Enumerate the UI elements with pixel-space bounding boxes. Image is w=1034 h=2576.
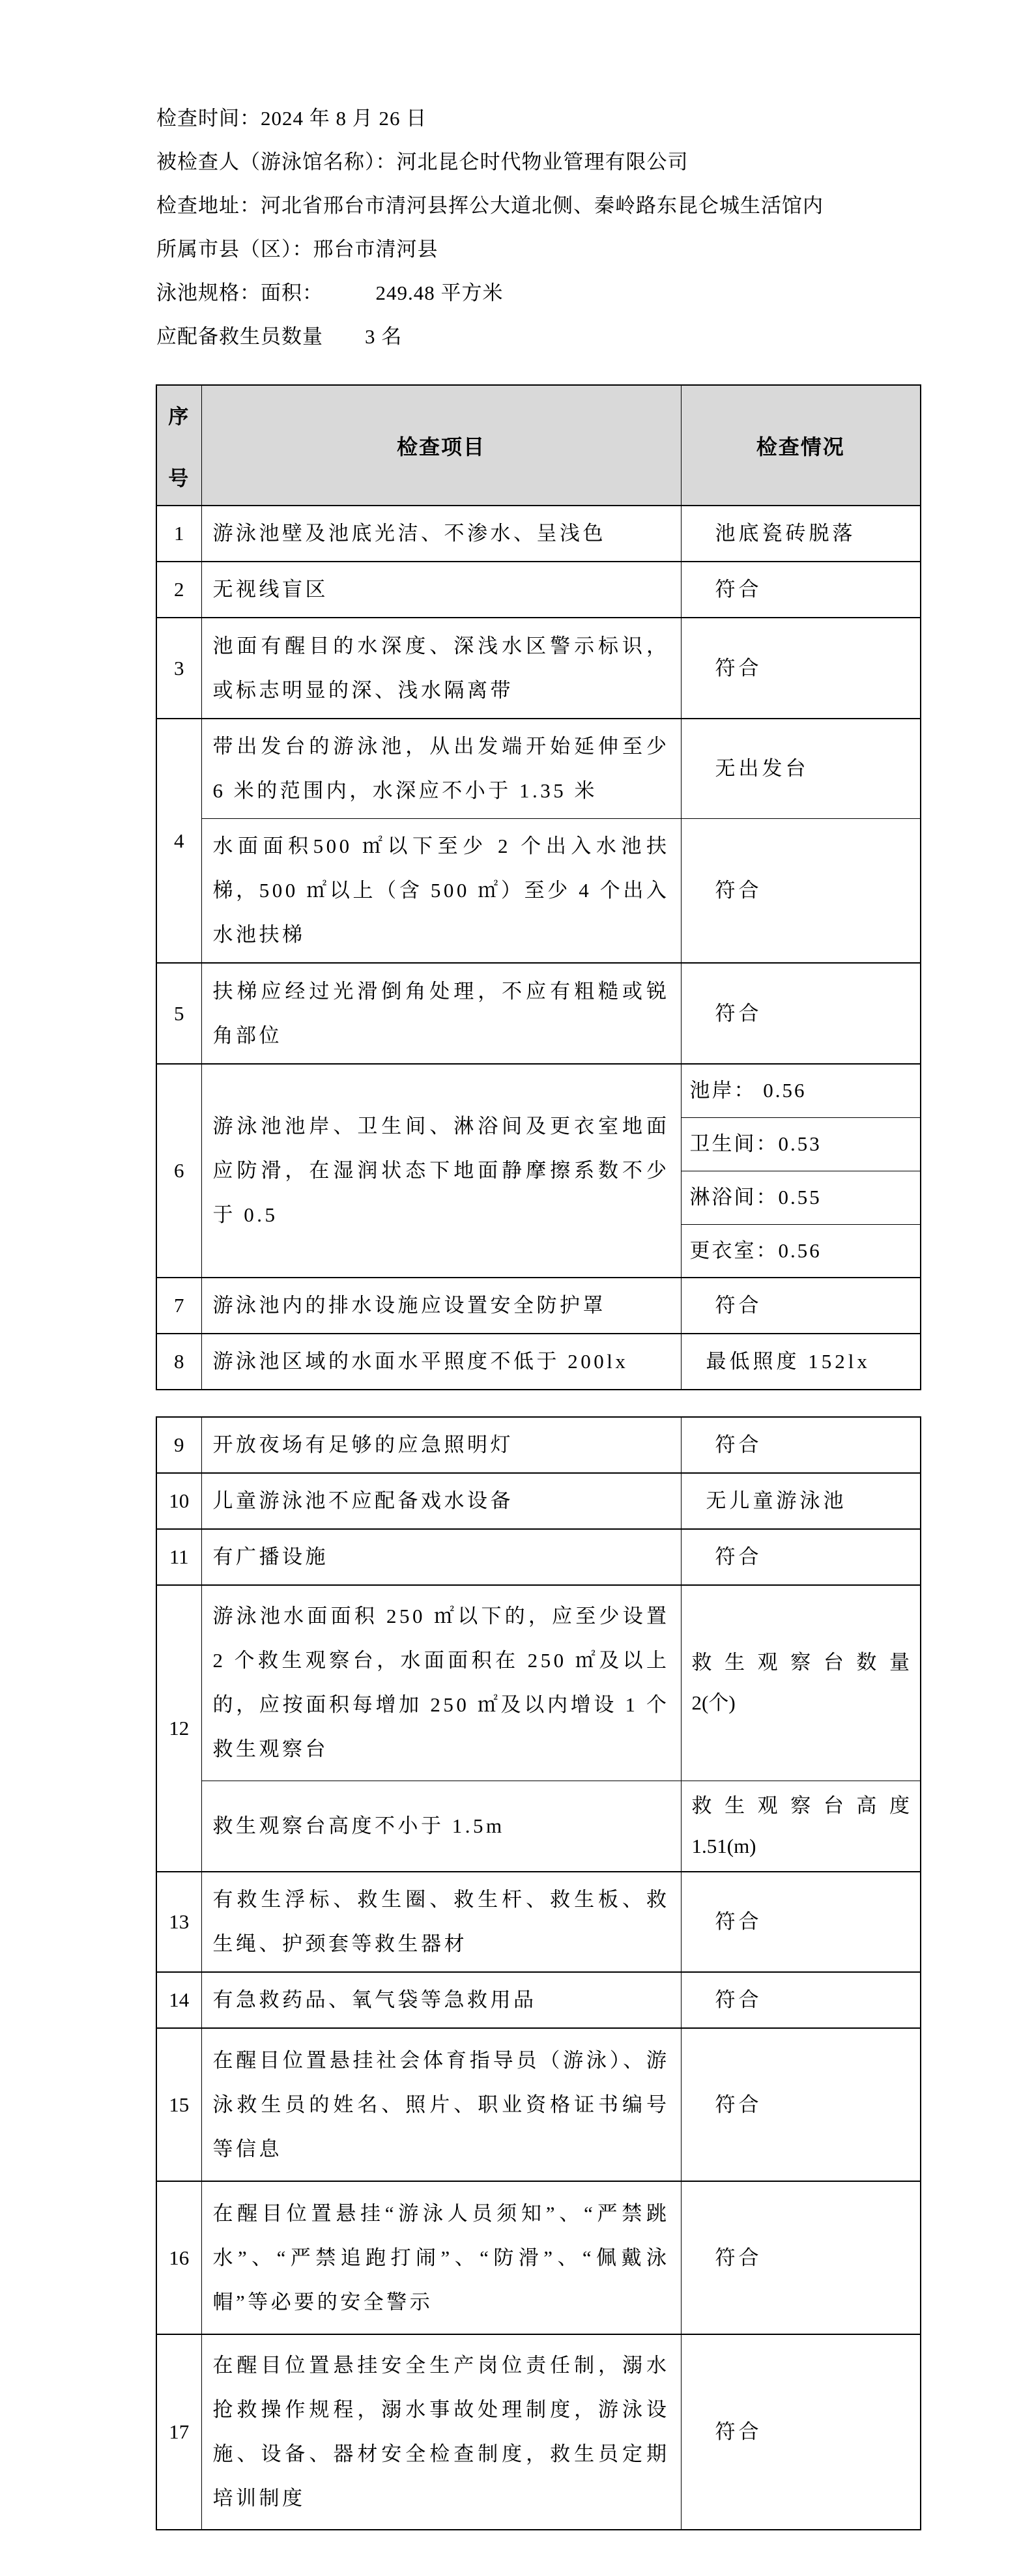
info-line-city-county: 所属市县（区）：邢台市清河县 bbox=[156, 227, 925, 271]
row-number: 15 bbox=[156, 2028, 201, 2181]
row-number: 6 bbox=[156, 1064, 201, 1278]
seq-header-char-bottom: 号 bbox=[168, 462, 190, 491]
row-number: 4 bbox=[156, 719, 201, 963]
row-number: 3 bbox=[156, 618, 201, 719]
table-row-1: 1 游泳池壁及池底光洁、不渗水、呈浅色 池底瓷砖脱落 bbox=[156, 506, 921, 562]
friction-value-poolside: 池岸： 0.56 bbox=[681, 1064, 921, 1117]
column-header-status: 检查情况 bbox=[681, 385, 921, 506]
check-status-text: 符合 bbox=[681, 562, 921, 618]
table-row-4a: 4 带出发台的游泳池，从出发端开始延伸至少 6 米的范围内，水深应不小于 1.3… bbox=[156, 719, 921, 819]
check-status-text: 符合 bbox=[681, 963, 921, 1064]
check-item-text: 无视线盲区 bbox=[213, 567, 670, 612]
check-item-text: 有广播设施 bbox=[213, 1535, 670, 1579]
table-row-10: 10 儿童游泳池不应配备戏水设备 无儿童游泳池 bbox=[156, 1473, 921, 1529]
inspection-report-page: 检查时间：2024 年 8 月 26 日 被检查人（游泳馆名称）：河北昆仑时代物… bbox=[0, 0, 1034, 2576]
row-number: 14 bbox=[156, 1972, 201, 2028]
row-number: 11 bbox=[156, 1529, 201, 1585]
check-status-text: 符合 bbox=[681, 618, 921, 719]
rescue-platform-height-value: 1.51(m) bbox=[692, 1826, 910, 1867]
rescue-platform-count-value: 2(个) bbox=[692, 1683, 910, 1723]
friction-value-toilet: 卫生间：0.53 bbox=[681, 1117, 921, 1171]
check-status-text: 无出发台 bbox=[681, 719, 921, 819]
check-status-text: 符合 bbox=[681, 1529, 921, 1585]
table-row-5: 5 扶梯应经过光滑倒角处理，不应有粗糙或锐角部位 符合 bbox=[156, 963, 921, 1064]
check-item-text: 在醒目位置悬挂社会体育指导员（游泳）、游泳救生员的姓名、照片、职业资格证书编号等… bbox=[213, 2039, 670, 2171]
info-line-pool-size: 泳池规格：面积： 249.48 平方米 bbox=[156, 271, 925, 315]
seq-header-stack: 序 号 bbox=[157, 400, 201, 491]
check-item-text: 池面有醒目的水深度、深浅水区警示标识，或标志明显的深、浅水隔离带 bbox=[213, 624, 670, 713]
check-status-text: 符合 bbox=[681, 819, 921, 964]
row-number: 10 bbox=[156, 1473, 201, 1529]
info-line-inspected-entity: 被检查人（游泳馆名称）：河北昆仑时代物业管理有限公司 bbox=[156, 140, 925, 184]
table-row-11: 11 有广播设施 符合 bbox=[156, 1529, 921, 1585]
table-row-15: 15 在醒目位置悬挂社会体育指导员（游泳）、游泳救生员的姓名、照片、职业资格证书… bbox=[156, 2028, 921, 2181]
table-row-8: 8 游泳池区域的水面水平照度不低于 200lx 最低照度 152lx bbox=[156, 1334, 921, 1390]
check-status-text: 符合 bbox=[681, 1872, 921, 1972]
check-status-text: 最低照度 152lx bbox=[681, 1334, 921, 1390]
row-number: 2 bbox=[156, 562, 201, 618]
check-status-text: 符合 bbox=[681, 2334, 921, 2530]
table-row-9: 9 开放夜场有足够的应急照明灯 符合 bbox=[156, 1417, 921, 1473]
row-number: 5 bbox=[156, 963, 201, 1064]
table-row-13: 13 有救生浮标、救生圈、救生杆、救生板、救生绳、护颈套等救生器材 符合 bbox=[156, 1872, 921, 1972]
row-number: 7 bbox=[156, 1278, 201, 1334]
check-item-text: 在醒目位置悬挂安全生产岗位责任制，溺水抢救操作规程，溺水事故处理制度，游泳设施、… bbox=[213, 2343, 670, 2521]
column-header-item: 检查项目 bbox=[201, 385, 681, 506]
check-item-text: 有救生浮标、救生圈、救生杆、救生板、救生绳、护颈套等救生器材 bbox=[213, 1878, 670, 1966]
check-item-text: 儿童游泳池不应配备戏水设备 bbox=[213, 1479, 670, 1523]
check-item-text: 游泳池内的排水设施应设置安全防护罩 bbox=[213, 1283, 670, 1328]
table-row-3: 3 池面有醒目的水深度、深浅水区警示标识，或标志明显的深、浅水隔离带 符合 bbox=[156, 618, 921, 719]
check-status-text: 符合 bbox=[681, 2181, 921, 2334]
table-page-gap bbox=[0, 1390, 1034, 1416]
row-number: 16 bbox=[156, 2181, 201, 2334]
report-header-info: 检查时间：2024 年 8 月 26 日 被检查人（游泳馆名称）：河北昆仑时代物… bbox=[156, 0, 925, 358]
info-line-check-time: 检查时间：2024 年 8 月 26 日 bbox=[156, 96, 925, 140]
table-row-4b: 水面面积500 ㎡以下至少 2 个出入水池扶梯，500 ㎡以上（含 500 ㎡）… bbox=[156, 819, 921, 964]
check-item-text: 游泳池池岸、卫生间、淋浴间及更衣室地面应防滑，在湿润状态下地面静摩擦系数不少于 … bbox=[213, 1104, 670, 1237]
seq-header-char-top: 序 bbox=[168, 400, 190, 429]
check-item-text: 有急救药品、氧气袋等急救用品 bbox=[213, 1978, 670, 2022]
table-row-12b: 救生观察台高度不小于 1.5m 救生观察台高度 1.51(m) bbox=[156, 1781, 921, 1872]
table-row-16: 16 在醒目位置悬挂“游泳人员须知”、“严禁跳水”、“严禁追跑打闹”、“防滑”、… bbox=[156, 2181, 921, 2334]
table-row-2: 2 无视线盲区 符合 bbox=[156, 562, 921, 618]
check-item-text: 游泳池壁及池底光洁、不渗水、呈浅色 bbox=[213, 511, 670, 556]
table-row-12a: 12 游泳池水面面积 250 ㎡以下的，应至少设置 2 个救生观察台，水面面积在… bbox=[156, 1585, 921, 1781]
inspection-table-part2: 9 开放夜场有足够的应急照明灯 符合 10 儿童游泳池不应配备戏水设备 无儿童游… bbox=[156, 1416, 921, 2530]
check-status-text: 符合 bbox=[681, 1417, 921, 1473]
rescue-platform-count-label: 救生观察台数量 bbox=[692, 1642, 910, 1683]
check-item-text: 扶梯应经过光滑倒角处理，不应有粗糙或锐角部位 bbox=[213, 969, 670, 1058]
check-item-text: 水面面积500 ㎡以下至少 2 个出入水池扶梯，500 ㎡以上（含 500 ㎡）… bbox=[213, 824, 670, 957]
check-status-text: 无儿童游泳池 bbox=[681, 1473, 921, 1529]
row-number: 17 bbox=[156, 2334, 201, 2530]
check-status-text: 符合 bbox=[681, 2028, 921, 2181]
check-item-text: 带出发台的游泳池，从出发端开始延伸至少 6 米的范围内，水深应不小于 1.35 … bbox=[213, 724, 670, 813]
friction-value-shower: 淋浴间：0.55 bbox=[681, 1171, 921, 1224]
row-number: 9 bbox=[156, 1417, 201, 1473]
table-row-14: 14 有急救药品、氧气袋等急救用品 符合 bbox=[156, 1972, 921, 2028]
table-header-row: 序 号 检查项目 检查情况 bbox=[156, 385, 921, 506]
check-status-text: 符合 bbox=[681, 1278, 921, 1334]
row-number: 12 bbox=[156, 1585, 201, 1872]
check-item-text: 救生观察台高度不小于 1.5m bbox=[213, 1804, 670, 1848]
check-item-text: 游泳池区域的水面水平照度不低于 200lx bbox=[213, 1339, 670, 1384]
row-number: 8 bbox=[156, 1334, 201, 1390]
inspection-table-part1: 序 号 检查项目 检查情况 1 游泳池壁及池底光洁、不渗水、呈浅色 池底瓷砖脱落… bbox=[156, 384, 921, 1390]
check-status-text: 符合 bbox=[681, 1972, 921, 2028]
check-item-text: 在醒目位置悬挂“游泳人员须知”、“严禁跳水”、“严禁追跑打闹”、“防滑”、“佩戴… bbox=[213, 2192, 670, 2325]
check-status-text: 池底瓷砖脱落 bbox=[681, 506, 921, 562]
info-line-check-address: 检查地址：河北省邢台市清河县挥公大道北侧、秦岭路东昆仑城生活馆内 bbox=[156, 184, 925, 227]
row-number: 13 bbox=[156, 1872, 201, 1972]
table-row-6: 6 游泳池池岸、卫生间、淋浴间及更衣室地面应防滑，在湿润状态下地面静摩擦系数不少… bbox=[156, 1064, 921, 1117]
check-item-text: 开放夜场有足够的应急照明灯 bbox=[213, 1423, 670, 1467]
info-line-lifeguard-count: 应配备救生员数量 3 名 bbox=[156, 315, 925, 358]
friction-value-lockerroom: 更衣室：0.56 bbox=[681, 1224, 921, 1278]
check-item-text: 游泳池水面面积 250 ㎡以下的，应至少设置 2 个救生观察台，水面面积在 25… bbox=[213, 1594, 670, 1771]
table-row-17: 17 在醒目位置悬挂安全生产岗位责任制，溺水抢救操作规程，溺水事故处理制度，游泳… bbox=[156, 2334, 921, 2530]
table-row-7: 7 游泳池内的排水设施应设置安全防护罩 符合 bbox=[156, 1278, 921, 1334]
row-number: 1 bbox=[156, 506, 201, 562]
column-header-seq: 序 号 bbox=[156, 385, 201, 506]
rescue-platform-height-label: 救生观察台高度 bbox=[692, 1786, 910, 1826]
